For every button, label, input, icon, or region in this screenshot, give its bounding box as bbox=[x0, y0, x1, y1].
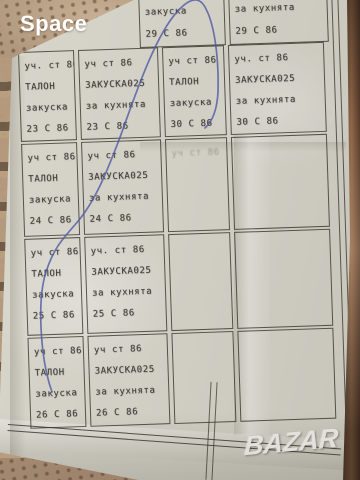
ticket-text-line: 30 С 86 bbox=[231, 110, 326, 134]
ticket-text-line: ЗАКУСКА025 bbox=[86, 260, 165, 284]
ticket-text-line: уч. ст 86 bbox=[85, 239, 164, 263]
ticket-text-line: ТАЛОН bbox=[26, 263, 81, 286]
ticket-text-line: ТАЛОН bbox=[20, 76, 75, 99]
ticket-cell: уч ст 86ЗАКУСКА025за кухнята23 С 86 bbox=[78, 47, 161, 140]
ticket-cell: уч ст 86ЗАКУСКА025за кухнята26 С 86 bbox=[87, 333, 170, 427]
ticket-text-line: уч ст 86 bbox=[89, 338, 168, 362]
ticket-text-line: ТАЛОН bbox=[164, 71, 225, 94]
ticket-text-line: 24 С 86 bbox=[84, 207, 163, 231]
ticket-cell bbox=[234, 229, 333, 329]
ticket-text-line: 23 С 86 bbox=[21, 118, 76, 141]
ticket-cell bbox=[171, 331, 236, 424]
ticket-text-line: за кухнята bbox=[84, 186, 163, 210]
ticket-table: ТАЛОНзакуска29 С 86 ЗАКУСКА025за кухнята… bbox=[18, 42, 336, 429]
ticket-text-line: ТАЛОН bbox=[23, 168, 78, 191]
ticket-text-line: 25 С 86 bbox=[87, 302, 166, 326]
ticket-cell: уч ст 86ТАЛОНзакуска25 С 86 bbox=[24, 237, 83, 336]
ticket-cell: уч. ст 86ТАЛОНзакуска23 С 86 bbox=[18, 50, 77, 142]
app-name-overlay: Space bbox=[20, 11, 87, 37]
ticket-text-line: ЗАКУСКА025 bbox=[83, 165, 162, 189]
ticket-text-line: закуска bbox=[30, 383, 85, 406]
ticket-cell: уч ст 86ТАЛОНзакуска26 С 86 bbox=[27, 336, 86, 429]
ticket-text-line: уч ст 86 bbox=[22, 147, 77, 170]
ticket-text-line: уч ст 86 bbox=[163, 50, 224, 73]
ticket-text-line: уч ст 86 bbox=[79, 52, 158, 76]
ticket-text-line: закуска bbox=[139, 0, 224, 24]
ticket-text-line: ЗАКУСКА025 bbox=[80, 73, 159, 97]
ticket-cell: уч ст 86ТАЛОНзакуска24 С 86 bbox=[21, 142, 80, 237]
listing-photo-viewer: ТАЛОНзакуска29 С 86 ЗАКУСКА025за кухнята… bbox=[0, 0, 360, 480]
ticket-text-line: 30 С 86 bbox=[165, 113, 226, 136]
ticket-cell: уч ст 86 bbox=[165, 137, 230, 232]
ticket-text-line: уч ст 86 bbox=[82, 144, 161, 168]
ticket-text-line: 23 С 86 bbox=[81, 115, 160, 139]
ticket-text-line: закуска bbox=[164, 92, 225, 115]
ticket-text-line: уч ст 86 bbox=[29, 341, 84, 364]
ticket-text-line: уч. ст 86 bbox=[19, 55, 74, 78]
ticket-text-line: уч ст 86 bbox=[166, 142, 227, 165]
ticket-text-line: за кухнята bbox=[87, 281, 166, 305]
ticket-text-line: 29 С 86 bbox=[140, 21, 225, 46]
ticket-cell: уч ст 86ЗАКУСКА025за кухнята24 С 86 bbox=[81, 139, 164, 235]
ticket-text-line: за кухнята bbox=[81, 94, 160, 118]
ticket-text-line: уч ст 86 bbox=[25, 242, 80, 265]
ticket-text-line: закуска bbox=[21, 97, 76, 120]
ticket-sheet-paper: ТАЛОНзакуска29 С 86 ЗАКУСКА025за кухнята… bbox=[0, 0, 360, 480]
ticket-text-line: 29 С 86 bbox=[230, 18, 328, 43]
ticket-text-line: закуска bbox=[27, 284, 82, 307]
ticket-cell bbox=[237, 328, 336, 422]
ticket-text-line: 25 С 86 bbox=[27, 305, 82, 328]
ticket-cell: уч ст 86ТАЛОНзакуска30 С 86 bbox=[162, 45, 227, 137]
ticket-text-line: ЗАКУСКА025 bbox=[89, 359, 168, 383]
ticket-cell: уч. ст 86ЗАКУСКА025за кухнята25 С 86 bbox=[84, 234, 167, 334]
ticket-cell bbox=[168, 232, 233, 331]
ticket-text-line: 24 С 86 bbox=[24, 210, 79, 233]
ticket-cell-cut: ТАЛОНзакуска29 С 86 bbox=[138, 0, 226, 48]
ticket-text-line: за кухнята bbox=[90, 380, 169, 404]
ticket-text-line: 26 С 86 bbox=[91, 401, 170, 425]
ticket-text-line: 26 С 86 bbox=[31, 404, 86, 427]
ticket-cell bbox=[231, 134, 330, 230]
ticket-text-line: ТАЛОН bbox=[29, 362, 84, 385]
ticket-grid: уч. ст 86ТАЛОНзакуска23 С 86уч ст 86ЗАКУ… bbox=[18, 42, 336, 429]
ticket-cell-cut: ЗАКУСКА025за кухнята29 С 86 bbox=[228, 0, 329, 45]
ticket-text-line: закуска bbox=[24, 189, 79, 212]
ticket-cell: уч. ст 86ЗАКУСКА025за кухнята30 С 86 bbox=[228, 42, 327, 135]
